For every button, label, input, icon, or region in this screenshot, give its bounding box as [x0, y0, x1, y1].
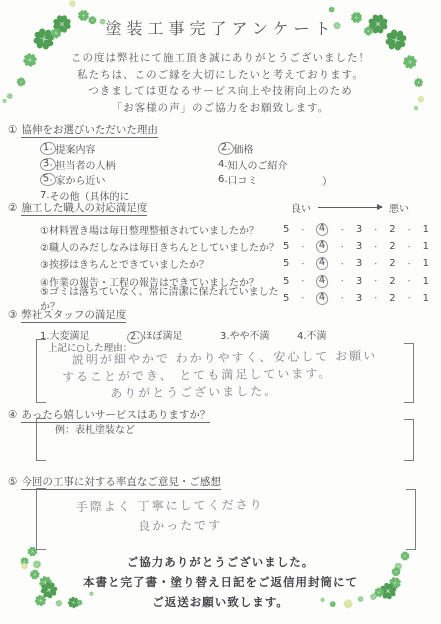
- dot-separator: ・: [339, 242, 346, 252]
- rating-value: 2: [389, 293, 395, 304]
- rating-value: 1: [423, 224, 429, 235]
- section-number: ④: [8, 409, 17, 421]
- hand-drawn-circle-mark: 3.: [39, 157, 56, 172]
- rating-scale: 5・4・3・2・1: [283, 257, 433, 270]
- option-number: 4.: [218, 159, 228, 170]
- dot-separator: ・: [372, 259, 379, 269]
- rating-value: 3: [356, 276, 362, 287]
- section-choose-reason: ①協伸をお選びいただいた理由 1.提案内容2.価格3.担当者の人柄4.知人のご紹…: [8, 122, 433, 203]
- hand-drawn-circle-mark: 1.: [39, 141, 56, 156]
- footer-line: 本書と完了書・塗り替え日記をご返信用封筒にて: [0, 572, 441, 592]
- dot-separator: ・: [406, 242, 413, 252]
- comment-bracket-right: [404, 419, 414, 461]
- dot-separator: ・: [406, 225, 413, 235]
- question-label: ①材料置き場は毎日整理整頓されていましたか？: [40, 222, 283, 237]
- section-number: ①: [8, 124, 17, 136]
- survey-option: 5.家から近い: [40, 172, 218, 188]
- dot-separator: ・: [339, 259, 346, 269]
- close-paren: ）: [322, 174, 333, 189]
- handwritten-line: 手際よく 丁寧にしてくださり: [76, 494, 264, 517]
- comment-bracket-left: [36, 488, 46, 550]
- rating-scale: 5・4・3・2・1: [283, 223, 433, 236]
- rating-row: ③挨拶はきちんとできていましたか？5・4・3・2・1: [8, 255, 433, 272]
- comment-bracket-left: [36, 339, 46, 403]
- option-number: 4.: [297, 331, 307, 342]
- page-title: 塗装工事完了アンケート: [0, 16, 441, 39]
- footer-message: ご協力ありがとうございました。本書と完了書・塗り替え日記をご返信用封筒にてご返送…: [0, 552, 441, 612]
- selected-rating-circle: 4: [316, 291, 330, 305]
- rating-rows: ①材料置き場は毎日整理整頓されていましたか？5・4・3・2・1②職人のみだしなみ…: [8, 221, 433, 307]
- option-label: 口コミ: [228, 172, 258, 187]
- selected-rating-circle: 4: [316, 274, 330, 288]
- section-frank-opinion: ⑤今回の工事に対する率直なご意見・ご感想 手際よく 丁寧にしてくださり良かったで…: [8, 474, 433, 489]
- selected-rating-circle: 4: [316, 240, 330, 254]
- rating-value: 1: [423, 258, 429, 269]
- rating-value: 5: [283, 224, 289, 235]
- option-label: 知人のご紹介: [228, 157, 288, 172]
- option-label: 不満: [307, 331, 327, 342]
- handwritten-line: ありがとうございました。: [110, 382, 378, 403]
- rating-value: 5: [283, 276, 289, 287]
- selected-rating-circle: 4: [316, 257, 330, 271]
- survey-option: 3.やや不満: [220, 327, 297, 344]
- section-heading: 施工した職人の対応満足度: [21, 202, 147, 216]
- rating-value: 2: [389, 224, 395, 235]
- option-label: 家から近い: [56, 172, 106, 187]
- intro-line: この度は弊社にて施工頂き誠にありがとうございました！: [0, 50, 441, 67]
- scale-good-label: 良い: [291, 200, 311, 215]
- option-label: ほぼ満足: [143, 331, 183, 342]
- intro-text: この度は弊社にて施工頂き誠にありがとうございました！私たちは、このご縁を大切にし…: [0, 50, 441, 116]
- section-number: ②: [8, 202, 17, 214]
- rating-value: 1: [423, 276, 429, 287]
- rating-value: 1: [423, 293, 429, 304]
- dot-separator: ・: [406, 276, 413, 286]
- option-label: 担当者の人柄: [56, 157, 116, 172]
- section-number: ③: [8, 309, 17, 321]
- section-heading: 今回の工事に対する率直なご意見・ご感想: [21, 476, 221, 490]
- rating-value: 2: [389, 241, 395, 252]
- rating-value: 1: [423, 241, 429, 252]
- handwritten-comment: 説明が細やかで わかりやすく、安心して お願いすることができ、 とても満足してい…: [48, 348, 378, 404]
- rating-row: ①材料置き場は毎日整理整頓されていましたか？5・4・3・2・1: [8, 221, 433, 238]
- survey-option: 1.提案内容: [40, 141, 218, 157]
- section-worker-satisfaction: ②施工した職人の対応満足度 良い 悪い ①材料置き場は毎日整理整頓されていました…: [8, 200, 433, 307]
- section-heading-row: ⑤今回の工事に対する率直なご意見・ご感想: [8, 474, 433, 489]
- option-number: 3.: [220, 331, 230, 342]
- dot-separator: ・: [299, 242, 306, 252]
- dot-separator: ・: [372, 242, 379, 252]
- section-wished-services: ④あったら嬉しいサービスはありますか？ 例：表札塗装など: [8, 407, 433, 422]
- section-heading: 協伸をお選びいただいた理由: [21, 124, 158, 138]
- dot-separator: ・: [339, 225, 346, 235]
- rating-scale: 5・4・3・2・1: [283, 240, 433, 253]
- section-number: ⑤: [8, 476, 17, 488]
- scale-bad-label: 悪い: [389, 200, 409, 215]
- rating-scale-header: 良い 悪い: [291, 200, 409, 215]
- hand-drawn-circle-mark: 5.: [39, 172, 56, 187]
- dot-separator: ・: [299, 293, 306, 303]
- section-heading-row: ①協伸をお選びいただいた理由: [8, 122, 433, 137]
- option-label: やや不満: [230, 331, 270, 342]
- question-label: ②職人のみだしなみは毎日きちんとしていましたか？: [40, 239, 283, 254]
- clover-icon: [66, 4, 76, 14]
- comment-bracket-left: [36, 418, 46, 461]
- dot-separator: ・: [339, 276, 346, 286]
- handwritten-line: 良かったです: [138, 514, 264, 536]
- survey-option: 2.ほぼ満足: [127, 327, 220, 344]
- rating-row: ②職人のみだしなみは毎日きちんとしていましたか？5・4・3・2・1: [8, 238, 433, 255]
- rating-value: 3: [356, 241, 362, 252]
- q1-option-list: 1.提案内容2.価格3.担当者の人柄4.知人のご紹介5.家から近い6.口コミ7.…: [40, 141, 433, 203]
- dot-separator: ・: [406, 293, 413, 303]
- selected-rating-circle: 4: [316, 222, 330, 236]
- section-heading: 弊社スタッフの満足度: [21, 309, 126, 323]
- rating-value: 5: [283, 241, 289, 252]
- handwritten-comment: 手際よく 丁寧にしてくださり良かったです: [48, 494, 264, 537]
- section-heading-row: ③弊社スタッフの満足度: [8, 307, 433, 322]
- footer-line: ご協力ありがとうございました。: [0, 552, 441, 572]
- arrow-right-icon: [318, 207, 382, 208]
- dot-separator: ・: [339, 293, 346, 303]
- dot-separator: ・: [299, 225, 306, 235]
- rating-row: ⑤ゴミは落ちていなく、常に清潔に保たれていましたか？5・4・3・2・1: [8, 290, 433, 307]
- comment-bracket-right: [406, 489, 416, 550]
- rating-value: 5: [283, 293, 289, 304]
- dot-separator: ・: [299, 259, 306, 269]
- dot-separator: ・: [372, 225, 379, 235]
- option-label: 価格: [234, 141, 254, 156]
- rating-value: 2: [389, 258, 395, 269]
- intro-line: 「お客様の声」のご協力をお願致します。: [0, 100, 441, 117]
- rating-scale: 5・4・3・2・1: [283, 275, 433, 288]
- comment-bracket-right: [404, 343, 414, 403]
- dot-separator: ・: [372, 276, 379, 286]
- dot-separator: ・: [372, 293, 379, 303]
- example-text: 例：表札塗装など: [55, 421, 135, 436]
- survey-option: 2.価格: [218, 141, 433, 157]
- question-label: ③挨拶はきちんとできていましたか？: [40, 256, 283, 271]
- rating-value: 3: [356, 224, 362, 235]
- intro-line: つきましては更なるサービス向上や技術向上のため: [0, 83, 441, 100]
- dot-separator: ・: [406, 259, 413, 269]
- intro-line: 私たちは、このご縁を大切にしたいと考えております。: [0, 67, 441, 84]
- rating-value: 3: [356, 258, 362, 269]
- dot-separator: ・: [299, 276, 306, 286]
- rating-value: 3: [356, 293, 362, 304]
- section-heading-row: ④あったら嬉しいサービスはありますか？: [8, 407, 433, 422]
- option-number: 6.: [218, 174, 228, 185]
- survey-option: 4.知人のご紹介: [218, 157, 433, 173]
- hand-drawn-circle-mark: 2.: [217, 141, 234, 156]
- option-label: 提案内容: [56, 141, 96, 156]
- rating-scale: 5・4・3・2・1: [283, 292, 433, 305]
- footer-line: ご返送お願い致します。: [0, 592, 441, 612]
- rating-value: 5: [283, 258, 289, 269]
- survey-option: 3.担当者の人柄: [40, 157, 218, 173]
- rating-value: 2: [389, 276, 395, 287]
- survey-option: 4.不満: [297, 327, 327, 344]
- survey-page: 塗装工事完了アンケート この度は弊社にて施工頂き誠にありがとうございました！私た…: [0, 0, 441, 624]
- section-staff-satisfaction: ③弊社スタッフの満足度 1.大変満足2.ほぼ満足3.やや不満4.不満 上記に○し…: [8, 307, 433, 344]
